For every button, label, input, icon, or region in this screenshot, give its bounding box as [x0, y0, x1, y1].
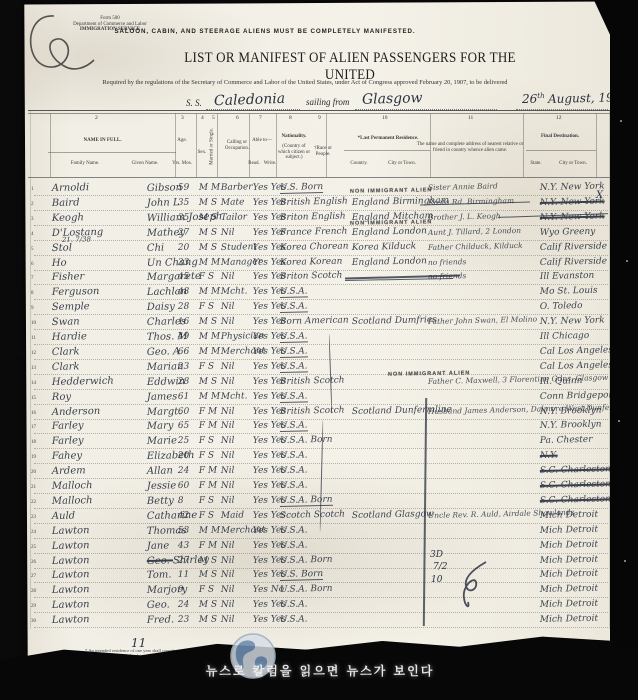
notation-3d: 3D	[430, 550, 443, 560]
cell-relative: no friends	[428, 257, 467, 267]
cell-nationality: France French	[280, 226, 348, 238]
cell-family-name: Auld	[52, 510, 76, 522]
col-nationality: Nationality.	[278, 134, 310, 140]
cell-age: 28	[178, 302, 190, 312]
cell-destination: S.C. Charleston	[540, 494, 611, 506]
cell-family-name: Farley	[52, 436, 84, 448]
cell-sex-marital: F M	[199, 406, 218, 416]
row-number: 24	[31, 530, 36, 535]
name-divider-rule	[48, 152, 176, 153]
col-num-9: 9	[318, 115, 321, 121]
korean-watermark-text: 뉴스로 칼럼을 읽으면 뉴스가 보인다	[170, 662, 470, 679]
cell-sex-marital: F S	[199, 510, 215, 520]
row-number: 19	[31, 455, 36, 460]
cell-age: 61	[178, 391, 190, 401]
cell-nationality: Briton Scotch	[280, 271, 343, 282]
row-rule	[34, 224, 608, 226]
cell-family-name: Fahey	[52, 451, 82, 463]
cell-occupation: Nil	[221, 361, 235, 371]
col-sex: Sex.	[194, 150, 210, 156]
handwritten-flourish	[24, 10, 98, 82]
cell-destination: Wyo Greeny	[540, 226, 596, 237]
cell-family-name: Baird	[52, 197, 80, 209]
cell-occupation: Student	[221, 242, 257, 253]
row-number: 3	[31, 217, 34, 222]
cell-sex-marital: M M	[199, 183, 221, 193]
row-number: 23	[31, 515, 36, 520]
cell-nationality: U.S.A. Born	[280, 584, 333, 595]
cell-destination: Pa. Chester	[540, 435, 593, 446]
col-res-city: City or Town.	[382, 161, 422, 167]
row-number: 7	[31, 276, 34, 281]
row-number: 25	[31, 545, 36, 550]
row-number: 29	[31, 604, 36, 609]
row-rule	[34, 552, 608, 554]
cell-destination: Mich Detroit	[540, 554, 598, 565]
cell-family-name: Arnoldi	[52, 182, 90, 194]
cell-nationality: U.S.A. Born	[280, 435, 333, 446]
cell-given-name: Fred.	[147, 614, 174, 626]
cell-nationality: U.S. Born	[280, 182, 324, 194]
cell-destination: N.Y. New York	[540, 196, 605, 207]
row-number: 22	[31, 500, 36, 505]
cell-given-name: Marie	[147, 436, 177, 448]
cell-relative: Sister Annie Baird	[428, 181, 498, 192]
cell-sex-marital: F M	[199, 481, 218, 491]
checkmark-flourish	[452, 556, 494, 614]
cell-relative: Brother J. L. Keogh	[428, 211, 501, 222]
cell-sex-marital: M M	[199, 287, 221, 297]
cell-age: 65	[178, 421, 190, 431]
cell-destination: N.Y. Brooklyn	[540, 405, 602, 416]
col-nearest-relative: The name and complete address of nearest…	[412, 142, 528, 153]
row-number: 26	[31, 560, 36, 565]
col-race: †Race or People.	[310, 146, 336, 157]
row-rule	[34, 418, 608, 420]
cell-age: 24	[178, 600, 190, 610]
row-rule	[34, 343, 608, 345]
cell-given-name: Margt.	[147, 406, 182, 418]
cell-sex-marital: M S	[199, 197, 217, 207]
cell-sex-marital: M S	[199, 615, 217, 625]
col-res-country: Country.	[344, 161, 374, 167]
cell-family-name: Lawton	[52, 555, 90, 567]
cell-age: 66	[178, 347, 190, 357]
cell-family-name: Semple	[52, 301, 90, 313]
col-dest-city: City or Town.	[552, 161, 594, 167]
row-number: 21	[31, 485, 36, 490]
row-number: 14	[31, 381, 36, 386]
col-num-8: 8	[289, 115, 292, 121]
cell-age: 28	[178, 376, 190, 386]
col-write: Write.	[262, 161, 278, 167]
row-rule	[34, 596, 608, 598]
cell-occupation: Nil	[221, 436, 235, 446]
cell-nationality: Korea Korean	[280, 256, 343, 267]
row-number: 20	[31, 470, 36, 475]
cell-given-name: Chi	[147, 242, 165, 253]
scanned-ship-manifest: Form 500 Department of Commerce and Labo…	[0, 0, 638, 700]
cell-destination: Mich Detroit	[540, 584, 598, 595]
row-rule	[34, 611, 608, 613]
cell-sex-marital: M S	[199, 227, 217, 237]
cell-nationality: U.S.A.	[280, 391, 308, 403]
cell-nationality: British Scotch	[280, 375, 345, 386]
cell-occupation: Nil	[221, 376, 235, 386]
cell-given-name: Geo. A	[147, 346, 181, 358]
col-num-7: 7	[259, 115, 262, 121]
row-rule	[34, 522, 608, 524]
scan-blemish	[16, 253, 22, 258]
cell-residence: England London	[352, 256, 427, 268]
row-rule	[34, 328, 608, 330]
cell-age: 27	[178, 555, 190, 565]
cell-sex-marital: F S	[199, 361, 215, 371]
header-bottom-rule	[28, 177, 610, 178]
cell-nationality: U.S.A.	[280, 465, 308, 476]
cell-sex-marital: M S	[199, 570, 217, 580]
cell-age: 24	[178, 466, 190, 476]
scan-speck	[624, 560, 626, 562]
col-num-5: 5	[212, 115, 215, 121]
cell-destination: N.Y. Brooklyn	[540, 420, 602, 431]
cell-nationality: U.S.A.	[280, 451, 308, 462]
cell-age: 9	[178, 585, 184, 595]
col-num-10: 10	[382, 115, 388, 121]
cell-age: 35	[178, 213, 190, 223]
cell-family-name: Anderson	[52, 405, 101, 417]
cell-occupation: Nil	[221, 496, 235, 506]
cell-destination: Mich Detroit	[540, 614, 598, 625]
cell-given-name: Geo.	[147, 600, 170, 612]
cell-occupation: Mcht.	[221, 391, 248, 402]
cell-sex-marital: F M	[199, 466, 218, 476]
col-able-to: Able to—	[250, 138, 274, 144]
cell-occupation: Nil	[221, 555, 235, 565]
cell-nationality: Briton English	[280, 211, 346, 222]
cell-sex-marital: M S	[199, 555, 217, 565]
cell-destination: Conn Bridgeport	[540, 390, 617, 402]
row-number: 27	[31, 574, 36, 579]
header-column-rule	[50, 113, 51, 177]
notation-fraction: 7/2	[433, 562, 447, 572]
cell-family-name: Lawton	[52, 614, 90, 626]
cell-sex-marital: F S	[199, 436, 215, 446]
sail-day: 26th	[522, 92, 545, 106]
cell-age: 23	[178, 615, 190, 625]
cell-sex-marital: F S	[199, 496, 215, 506]
col-nationality-sub: (Country of which citizen or subject.)	[276, 144, 312, 161]
header-column-rule	[596, 113, 597, 177]
cell-occupation: Barber	[221, 182, 253, 193]
cell-destination: Mo St. Louis	[540, 286, 598, 297]
cell-sex-marital: F S	[199, 272, 215, 282]
cell-sex-marital: F S	[199, 451, 215, 461]
cell-given-name: Daisy	[147, 302, 175, 314]
cell-family-name: Lawton	[52, 599, 90, 611]
col-calling: Calling or Occupation.	[222, 140, 252, 151]
col-num-11: 11	[468, 115, 473, 121]
cell-destination: Mich Detroit	[540, 539, 598, 550]
cell-family-name: Malloch	[52, 480, 93, 492]
cell-given-name: Catharine	[147, 510, 198, 522]
row-rule	[34, 537, 608, 539]
cell-family-name: Lawton	[52, 584, 90, 596]
row-number: 4	[31, 232, 34, 237]
cell-destination: Mich Detroit	[540, 599, 598, 610]
cell-age: 59	[178, 183, 190, 193]
cell-nationality: U.S.A.	[280, 614, 308, 625]
cell-nationality: Born American	[280, 316, 349, 328]
cell-residence: Korea Kilduck	[352, 241, 417, 252]
cell-nationality: U.S.A.	[280, 331, 308, 343]
row-rule	[34, 298, 608, 300]
cell-family-name: Fisher	[52, 272, 85, 284]
cell-family-name: Clark	[52, 346, 80, 358]
cell-sex-marital: M M	[199, 391, 221, 401]
cell-family-name: Ho	[52, 257, 67, 268]
cell-occupation: Tailor	[221, 212, 247, 223]
col-final-destination: Final Destination.	[528, 134, 592, 140]
row-number: 13	[31, 366, 36, 371]
col-age: Age.	[172, 138, 192, 144]
col-num-6: 6	[236, 115, 239, 121]
sailing-from-label: sailing from	[306, 97, 349, 107]
cell-occupation: Nil	[221, 406, 235, 416]
cell-age: 43	[178, 540, 190, 550]
row-rule	[34, 209, 608, 211]
cell-family-name: Ferguson	[52, 286, 100, 298]
cell-relative: Father Childuck, Kilduck	[428, 240, 523, 251]
cell-age: 16	[178, 317, 190, 327]
destination-divider-rule	[526, 150, 596, 151]
cell-given-name: John L	[147, 197, 180, 209]
cell-family-name: Clark	[52, 361, 80, 373]
cell-occupation: Mate	[221, 197, 245, 208]
cell-destination: N.Y.	[540, 451, 558, 461]
cell-given-name: Mary	[147, 421, 174, 433]
cell-nationality: U.S.A.	[280, 287, 308, 299]
cell-occupation: Nil	[221, 615, 235, 625]
cell-given-name: Jessie	[147, 480, 177, 492]
cell-occupation: Nil	[221, 421, 235, 431]
cell-occupation: Nil	[221, 540, 235, 550]
header-column-rule	[217, 113, 218, 177]
table-top-rule	[28, 110, 610, 111]
col-num-3: 3	[181, 115, 184, 121]
cell-nationality: U.S.A. Born	[280, 495, 333, 507]
cell-destination: Ill Evanston	[540, 271, 595, 282]
scan-blemish	[8, 0, 24, 8]
cell-given-name: Jane	[147, 540, 170, 552]
cell-nationality: British Scotch	[280, 405, 345, 416]
row-rule	[34, 194, 608, 196]
cell-age: 48	[178, 287, 190, 297]
cell-occupation: Mcht.	[221, 287, 248, 298]
scan-edge-right	[610, 0, 638, 700]
row-rule	[34, 358, 608, 360]
cell-given-name: James	[147, 391, 178, 403]
cell-destination: Calif Riverside	[540, 256, 607, 268]
cell-nationality: U.S. Born	[280, 569, 324, 581]
row-rule	[34, 283, 608, 285]
cell-destination: S.C. Charleston	[540, 464, 611, 476]
row-number: 5	[31, 247, 34, 252]
cell-destination: Mich Detroit	[540, 509, 598, 520]
row-rule	[34, 626, 608, 628]
row-number: 9	[31, 306, 34, 311]
cell-family-name: Keogh	[52, 212, 84, 224]
notation-ten: 10	[431, 575, 442, 585]
cell-sex-marital: M S	[199, 376, 217, 386]
cell-nationality: Korea Chorean	[280, 241, 349, 253]
cell-age: 49	[178, 332, 190, 342]
cell-age: 23	[178, 362, 190, 372]
cell-family-name: Lawton	[52, 570, 90, 582]
col-num-4: 4	[201, 115, 204, 121]
cell-sex-marital: M M	[199, 332, 221, 342]
cell-nationality: U.S.A.	[280, 302, 308, 314]
cell-age: 11	[178, 570, 190, 580]
cell-occupation: Nil	[221, 466, 235, 476]
cell-occupation: Nil	[221, 570, 235, 580]
row-number: 16	[31, 411, 36, 416]
manifest-notice: SALOON, CABIN, AND STEERAGE ALIENS MUST …	[110, 28, 420, 35]
cell-destination: O. Toledo	[540, 301, 583, 312]
cell-family-name: Lawton	[52, 525, 90, 537]
cell-residence: Scotland Glasgow	[352, 509, 434, 521]
scan-speck	[626, 260, 628, 262]
row-number: 11	[31, 336, 36, 341]
col-married-single: Married or Single.	[209, 133, 215, 165]
cell-family-name: Swan	[52, 316, 80, 328]
cell-destination: Calif Riverside	[540, 241, 607, 253]
cell-age: 35	[178, 198, 190, 208]
scan-speck	[620, 120, 622, 122]
cell-given-name: Allan	[147, 466, 173, 478]
cell-nationality: U.S.A.	[280, 421, 308, 433]
page-subtitle: Required by the regulations of the Secre…	[60, 79, 550, 86]
col-last-residence: *Last Permanent Residence.	[348, 136, 428, 142]
cell-age: 20	[178, 242, 190, 252]
cell-occupation: Nil	[221, 302, 235, 312]
cell-destination: Mich Detroit	[540, 569, 598, 580]
cell-occupation: Nil	[221, 481, 235, 491]
cell-family-name: Roy	[52, 391, 71, 402]
row-number: 17	[31, 425, 36, 430]
cell-age: 20	[178, 451, 190, 461]
row-number: 28	[31, 589, 36, 594]
header-column-rule	[175, 113, 176, 177]
cell-nationality: U.S.A.	[280, 361, 308, 373]
cell-family-name: Farley	[52, 421, 84, 433]
marginal-note: 21. 7/38	[62, 235, 91, 244]
cell-sex-marital: F M	[199, 540, 218, 550]
struck-given-name: Geo.	[147, 555, 173, 567]
cell-occupation: Nil	[221, 585, 235, 595]
cell-destination: S.C. Charleston	[540, 479, 611, 491]
x-mark: X	[596, 190, 603, 201]
cell-destination: Ill Chicago	[540, 331, 590, 342]
cell-occupation: Nil	[221, 451, 235, 461]
cell-occupation: Nil	[221, 317, 235, 327]
col-given-name: Given Name.	[122, 161, 168, 167]
cell-occupation: Nil	[221, 272, 235, 282]
scan-blemish	[18, 351, 25, 356]
cell-nationality: U.S.A.	[280, 600, 308, 611]
cell-age: 8	[178, 496, 184, 506]
cell-occupation: Maid	[221, 510, 244, 521]
row-rule	[34, 388, 608, 390]
row-number: 6	[31, 262, 34, 267]
cell-given-name: Tom.	[147, 570, 172, 582]
cell-given-name: Betty	[147, 495, 174, 507]
cell-residence: Scotland Dumfries	[352, 315, 437, 327]
cell-sex-marital: F S	[199, 302, 215, 312]
cell-sex-marital: M M	[199, 525, 221, 535]
cell-sex-marital: M M	[199, 346, 221, 356]
cell-family-name: Ardem	[52, 465, 86, 477]
cell-age: 27	[178, 227, 190, 237]
cell-nationality: U.S.A.	[280, 346, 308, 358]
cell-destination: Ill. Quinn	[540, 376, 583, 387]
cell-destination: N.Y. New York	[540, 182, 605, 193]
cell-sex-marital: F M	[199, 421, 218, 431]
row-number: 15	[31, 396, 36, 401]
cell-destination: Cal Los Angeles	[540, 345, 613, 357]
cell-nationality: U.S.A.	[280, 540, 308, 551]
cell-age: 53	[178, 525, 190, 535]
cell-destination: N.Y. New York	[540, 316, 605, 327]
cell-relative: Aunt J. Tillard, 2 London	[428, 226, 521, 237]
cell-nationality: British English	[280, 196, 348, 208]
cell-given-name: Un Chang	[147, 256, 198, 268]
row-number: 30	[31, 619, 36, 624]
cell-age: 60	[178, 406, 190, 416]
scan-speck	[618, 420, 620, 422]
row-number: 2	[31, 202, 34, 207]
cell-nationality: U.S.A.	[280, 525, 308, 536]
cell-age: 33	[178, 257, 190, 267]
cell-sex-marital: M S	[199, 317, 217, 327]
col-family-name: Family Name.	[62, 161, 108, 167]
cell-age: 25	[178, 436, 190, 446]
cell-family-name: Malloch	[52, 495, 93, 507]
scan-blemish	[14, 309, 19, 313]
row-rule	[34, 254, 608, 256]
cell-nationality: U.S.A.	[280, 480, 308, 491]
cell-family-name: Hedderwich	[52, 375, 114, 387]
ss-label: S. S.	[186, 98, 202, 108]
port-name: Glasgow	[362, 90, 423, 108]
cell-given-name: Margarete	[147, 271, 201, 283]
cell-nationality: Scotch Scotch	[280, 509, 345, 520]
cell-sex-marital: M S	[199, 242, 217, 252]
cell-sex-marital: F S	[199, 585, 215, 595]
cell-sex-marital: M M	[199, 257, 221, 267]
row-number: 10	[31, 321, 36, 326]
row-number: 1	[31, 187, 34, 192]
cell-destination: Mich Detroit	[540, 524, 598, 535]
row-number: 12	[31, 351, 36, 356]
cell-destination: Cal Los Angeles	[540, 360, 613, 372]
row-number: 8	[31, 291, 34, 296]
col-yrs-mos: Yrs. Mos.	[170, 161, 194, 167]
cell-nationality: U.S.A. Born	[280, 554, 333, 565]
cell-family-name: Hardie	[52, 331, 87, 343]
cell-residence: England London	[352, 226, 427, 238]
cell-age: 45	[178, 272, 190, 282]
